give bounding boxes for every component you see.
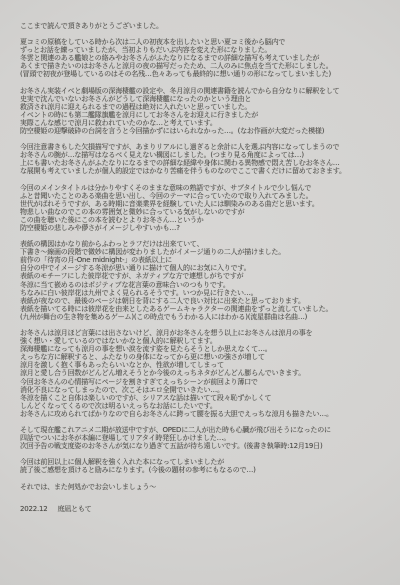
paragraph: 今回のメインタイトルは分かりやすくそのままな意味の熟語ですが、サブタイトルで少し…	[20, 184, 386, 233]
text-line: 涼月と愛し合う回数がどんどん増えそうとか今後のえっちネタがどんどん膨らんでいきま…	[20, 369, 386, 377]
text-line: 実際こんな感じで涼月に救われていたのかな…と考えています。	[20, 119, 386, 127]
text-line: 今回お冬さんの心情描写にページを割きすぎてえっちシーンが前回より薄口で	[20, 378, 386, 386]
paragraph: お冬さん実装イベと劇場版の深海棲艦の設定や、冬月涼月の関連書籍を読んでから自分な…	[20, 87, 386, 136]
text-line: 史実で沈んでいないお冬さんがどうして深海棲艦になったのかという理由と	[20, 95, 386, 103]
text-line: 下書き〜線画の段階で微妙に構図が変わりましたがイメージ通りの二人が描けました。	[20, 248, 386, 256]
document-body: ここまで読んで頂きありがとうございました。夏コミの原稿をしている時から次は二人の…	[20, 22, 386, 491]
text-line: 表紙を描いてる時には彼岸花を由来としたあるゲームキャラクターの関連曲をずっと流し…	[20, 305, 386, 313]
text-line: (冒頭で初夜が登場しているのはその名残…色々あっても最終的に想い通りの形になって…	[20, 70, 386, 78]
text-line: 表紙の構図はかなり前からふわっとラフだけは出来ていて、	[20, 240, 386, 248]
text-line: 世代がばれそうですが、ある時期に音楽業界を経験していた人には馴染みのある曲だと思…	[20, 200, 386, 208]
text-line: 涼月を激しく抱く事もあったらいいなとか、性欲が増してしまって	[20, 361, 386, 369]
footer-author: 庭凪ともて	[58, 505, 92, 513]
text-line: な展開も考えていましたが個人的設定ではかなり苦痛を伴うものなのでここで書くだけに…	[20, 167, 386, 175]
text-line: 今回のメインタイトルは分かりやすくそのままな意味の熟語ですが、サブタイトルで少し…	[20, 184, 386, 192]
text-line: 冬涼を描くこと自体は楽しいのですが、シリアスな話は描いてて段々恥ずかしくて	[20, 394, 386, 402]
text-line: 深海棲艦になっても涼月の事を想い涙を流す姿を見たらそうとしか思えなくて…。	[20, 345, 386, 353]
text-line: 防空棲姫の悲しみや儚さがイメージしやすいかも…?	[20, 224, 386, 232]
text-line: 次回予告の戦支度姿のお冬さんが気になり過ぎて五話が待ち遠しいです。(後書き執筆時…	[20, 442, 386, 450]
text-line: ここまで読んで頂きありがとうございました。	[20, 22, 386, 30]
text-line: 救済され涼月に迎えられるまでの過程は絶対に入れたいと思っていました。	[20, 103, 386, 111]
text-line: 読了後ご感想を頂けると励みになります。(今後の題材の参考にもなるので…)	[20, 466, 386, 474]
text-line: (九州が舞台の生き物を集めるゲーム)(この時点でもうわかる人にはわかる)(流星群…	[20, 313, 386, 321]
text-line: ちなみに白い彼岸花は九州でよく見られるそうです。いつか見に行きたい…。	[20, 289, 386, 297]
text-line: ずっとお話を練っていましたが、当初よりもだいぶ内容を変えた形になりました。	[20, 46, 386, 54]
text-line: お冬さん実装イベと劇場版の深海棲艦の設定や、冬月涼月の関連書籍を読んでから自分な…	[20, 87, 386, 95]
scanned-page: ここまで読んで頂きありがとうございました。夏コミの原稿をしている時から次は二人の…	[0, 0, 400, 585]
text-line: 表紙のモチーフにした彼岸花ですが、ネガティブな方で連想しがちですが	[20, 272, 386, 280]
paragraph: 今回は前回以上に個人解釈を強く入れた本になってしまいましたが読了後ご感想を頂ける…	[20, 458, 386, 474]
text-line: 上にも書いたお冬さんがふたなりになるまでの詳細な経緯や身体に関わる異物感で悶え苦…	[20, 159, 386, 167]
paragraph: 表紙の構図はかなり前からふわっとラフだけは出来ていて、下書き〜線画の段階で微妙に…	[20, 240, 386, 321]
text-line: 冬雲と関連のある艦娘との絡みやお冬さんがふたなりになるまでの詳細な描写も考えてい…	[20, 54, 386, 62]
text-line: 自分の中でイメージする冬涼が思い通りに描けて個人的にお気に入りです。	[20, 264, 386, 272]
text-line: えっちな方に解釈すると、ふたなりの身体になってから更に想いの強さが増して	[20, 353, 386, 361]
text-line: お冬さんは涼月ほど言葉には出さないけど、涼月がお冬さんを想う以上にお冬さんは涼月…	[20, 329, 386, 337]
text-line: 今回注意書きもした欠損描写ですが、あまりリアルにし過ぎると余計に人を選ぶ内容にな…	[20, 143, 386, 151]
paragraph: そして現在艦これアニメ二期が放送中ですが、OPEDに二人が出た時も心臓が飛び出そ…	[20, 426, 386, 450]
text-line: 物悲しい曲なのでこの本の雰囲気と微妙に合っている気がしないのですが	[20, 208, 386, 216]
text-line: しんどくなってくるので次は明るいえっちなお話にしたいです。	[20, 402, 386, 410]
text-line: 表紙が夜なので、最後のページは朝日を背にする二人で良い対比に出来たと思っておりま…	[20, 297, 386, 305]
text-line: 強く想い・愛しているのではないかなと個人的に解釈してます。	[20, 337, 386, 345]
paragraph: お冬さんは涼月ほど言葉には出さないけど、涼月がお冬さんを想う以上にお冬さんは涼月…	[20, 329, 386, 418]
paragraph: ここまで読んで頂きありがとうございました。	[20, 22, 386, 30]
text-line: イベントの時にも第二艦隊旗艦を涼月にしてお冬さんをお迎えに行きましたが	[20, 111, 386, 119]
text-line: この曲を聴いた後にこの本を読むとよりお冬さん…というか	[20, 216, 386, 224]
text-line: 消化不良になってしまったので、次こそはエロ全開でいきたい…。	[20, 386, 386, 394]
text-line: 今回は前回以上に個人解釈を強く入れた本になってしまいましたが	[20, 458, 386, 466]
text-line: そして現在艦これアニメ二期が放送中ですが、OPEDに二人が出た時も心臓が飛び出そ…	[20, 426, 386, 434]
text-line: 夏コミの原稿をしている時から次は二人の初夜本を出したいと思い夏コミ後から脳内で	[20, 38, 386, 46]
text-line: それでは、また何処かでお会いしましょう〜	[20, 483, 386, 491]
signature-line: 2022.12 庭凪ともて	[20, 505, 386, 513]
text-line: 前作の「待宵の月-One midnight-」の表紙以上に	[20, 256, 386, 264]
text-line: お冬さんの腕が…な描写はなるべく見えない構図にしました。(つまり見る角度によって…	[20, 151, 386, 159]
paragraph: 今回注意書きもした欠損描写ですが、あまりリアルにし過ぎると余計に人を選ぶ内容にな…	[20, 143, 386, 175]
text-line: ふと昔聞いたことのある楽曲を思い出し、今回のテーマに合っていたので取り入れてみま…	[20, 192, 386, 200]
text-line: 防空棲姫の迎撃破砕の台詞を言うと今回描かずにはいられなかった…。(なお作画が大変…	[20, 127, 386, 135]
paragraph: 夏コミの原稿をしている時から次は二人の初夜本を出したいと思い夏コミ後から脳内でず…	[20, 38, 386, 78]
text-line: あくまで描きたいのはお冬さんと涼月の夜の描写だったため、二人のみに焦点を当てた形…	[20, 62, 386, 70]
text-line: お冬さんに攻められてばかりなので自らお冬さんに跨って腰を振る大胆でえっちな涼月も…	[20, 410, 386, 418]
paragraph: それでは、また何処かでお会いしましょう〜	[20, 483, 386, 491]
text-line: 冬涼に当て嵌めるのはポジティブな花言葉の意味合いのつもりです。	[20, 281, 386, 289]
text-line: 四話でついにお冬が本編に登場してリアタイ時発狂しかけました…。	[20, 434, 386, 442]
footer-date: 2022.12	[20, 505, 48, 513]
